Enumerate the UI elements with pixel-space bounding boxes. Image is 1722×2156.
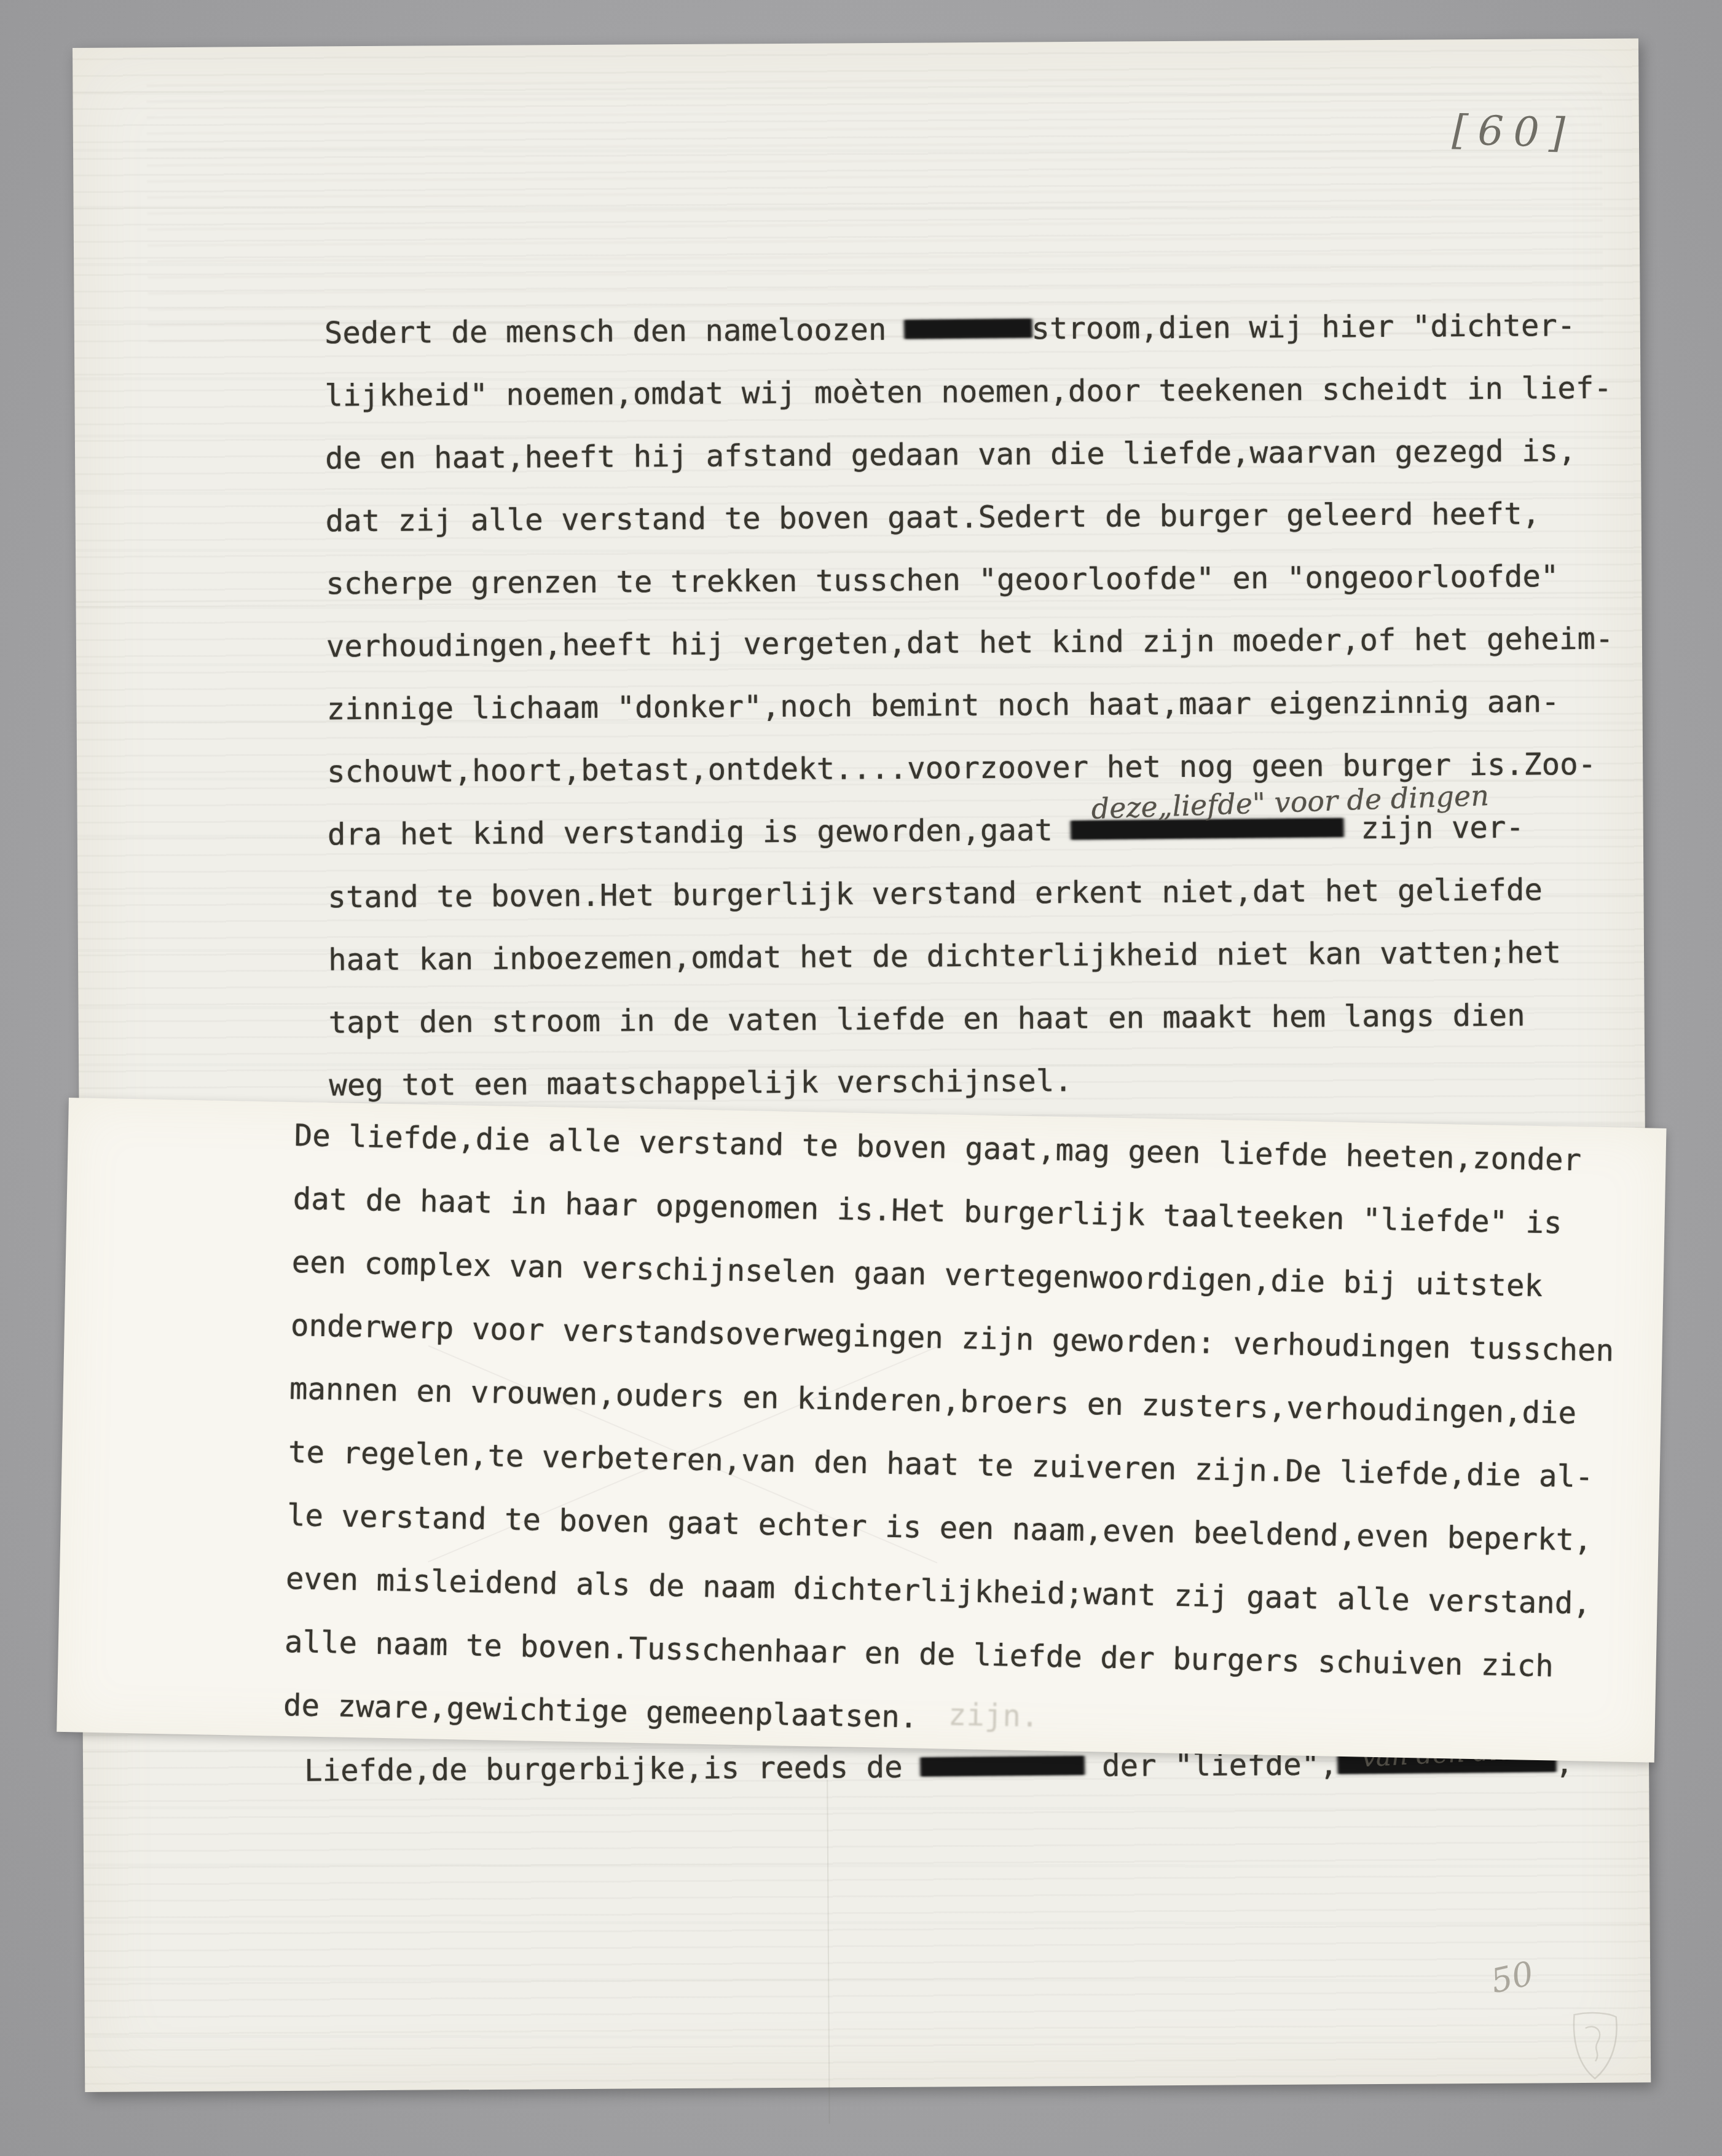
page-number-annotation: [60] — [1452, 106, 1576, 157]
document-page: [60] Sedert de mensch den nameloozen ███… — [73, 38, 1651, 2092]
typed-paragraph-upper: Sedert de mensch den nameloozen ███████s… — [324, 307, 1657, 1130]
pencil-sketch — [1567, 2010, 1623, 2084]
pencil-page-number: 50 — [1487, 1954, 1537, 2001]
typed-paragraph-slip: De liefde,die alle verstand te boven gaa… — [283, 1118, 1665, 1777]
paper-crease-vertical — [827, 1780, 830, 2124]
bleed-through-word: zijn. — [948, 1698, 1039, 1734]
paper-slip-overlay: De liefde,die alle verstand te boven gaa… — [57, 1098, 1666, 1763]
